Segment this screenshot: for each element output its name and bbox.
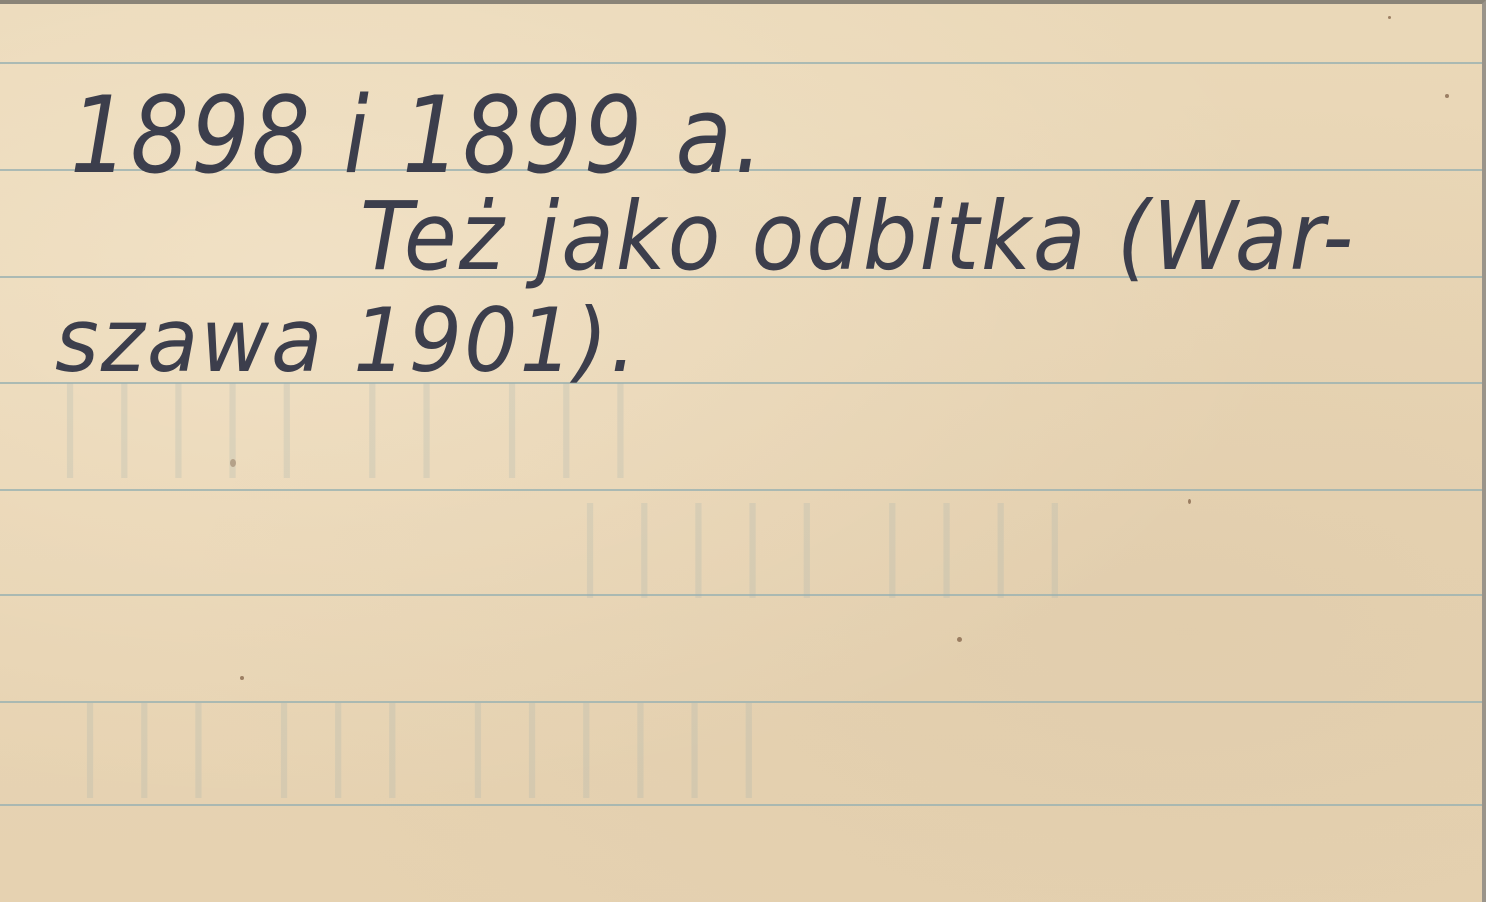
index-card: │││ ││ │││││ ││││ │││││ ││││││ │││ │││ 1…: [0, 0, 1486, 902]
paper-speck: [230, 459, 236, 467]
handwritten-line-1: 1898 i 1899 a.: [70, 74, 765, 197]
ruled-line: [0, 701, 1482, 703]
ruled-line: [0, 804, 1482, 806]
paper-speck: [240, 676, 244, 680]
ruled-line: [0, 489, 1482, 491]
paper-speck: [957, 637, 962, 642]
show-through-text: ││││ │││││: [560, 504, 1079, 597]
show-through-text: ││││││ │││ │││: [60, 704, 773, 797]
paper-speck: [1188, 499, 1191, 504]
paper-speck: [1445, 94, 1449, 98]
ruled-line: [0, 62, 1482, 64]
show-through-text: │││ ││ │││││: [40, 384, 645, 477]
handwritten-line-3: szawa 1901).: [55, 289, 638, 392]
handwritten-line-2: Też jako odbitka (War-: [360, 182, 1355, 292]
paper-speck: [1388, 16, 1391, 19]
